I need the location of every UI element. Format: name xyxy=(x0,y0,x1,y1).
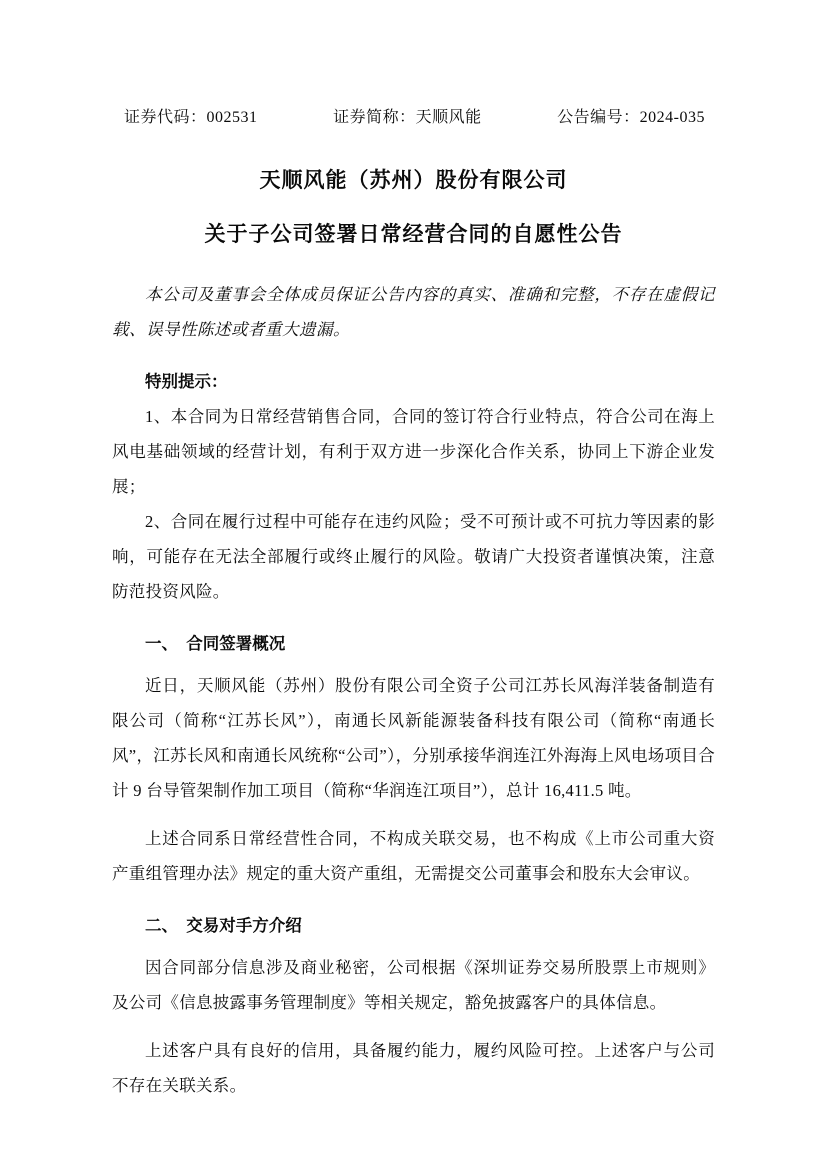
section-2-paragraph-1: 因合同部分信息涉及商业秘密，公司根据《深圳证券交易所股票上市规则》及公司《信息披… xyxy=(112,950,715,1020)
section-1-heading: 一、 合同签署概况 xyxy=(112,626,715,661)
document-header-row: 证券代码：002531 证券简称：天顺风能 公告编号：2024-035 xyxy=(112,104,715,127)
stock-short-name-label: 证券简称：天顺风能 xyxy=(333,104,482,127)
special-note-item-1: 1、本合同为日常经营销售合同，合同的签订符合行业特点，符合公司在海上风电基础领域… xyxy=(112,399,715,504)
section-2-heading: 二、 交易对手方介绍 xyxy=(112,908,715,943)
announcement-document-page: 证券代码：002531 证券简称：天顺风能 公告编号：2024-035 天顺风能… xyxy=(0,0,827,1169)
special-note-item-2: 2、合同在履行过程中可能存在违约风险；受不可预计或不可抗力等因素的影响，可能存在… xyxy=(112,504,715,609)
company-name-title: 天顺风能（苏州）股份有限公司 xyxy=(112,167,715,194)
section-1-paragraph-1: 近日，天顺风能（苏州）股份有限公司全资子公司江苏长风海洋装备制造有限公司（简称“… xyxy=(112,668,715,808)
section-2-paragraph-2: 上述客户具有良好的信用，具备履约能力，履约风险可控。上述客户与公司不存在关联关系… xyxy=(112,1033,715,1103)
board-disclaimer-paragraph: 本公司及董事会全体成员保证公告内容的真实、准确和完整，不存在虚假记载、误导性陈述… xyxy=(112,277,715,347)
section-1-paragraph-2: 上述合同系日常经营性合同，不构成关联交易，也不构成《上市公司重大资产重组管理办法… xyxy=(112,821,715,891)
announcement-number-label: 公告编号：2024-035 xyxy=(557,104,705,127)
announcement-subject-title: 关于子公司签署日常经营合同的自愿性公告 xyxy=(112,221,715,248)
special-note-heading: 特别提示： xyxy=(112,364,715,399)
stock-code-label: 证券代码：002531 xyxy=(124,104,258,127)
